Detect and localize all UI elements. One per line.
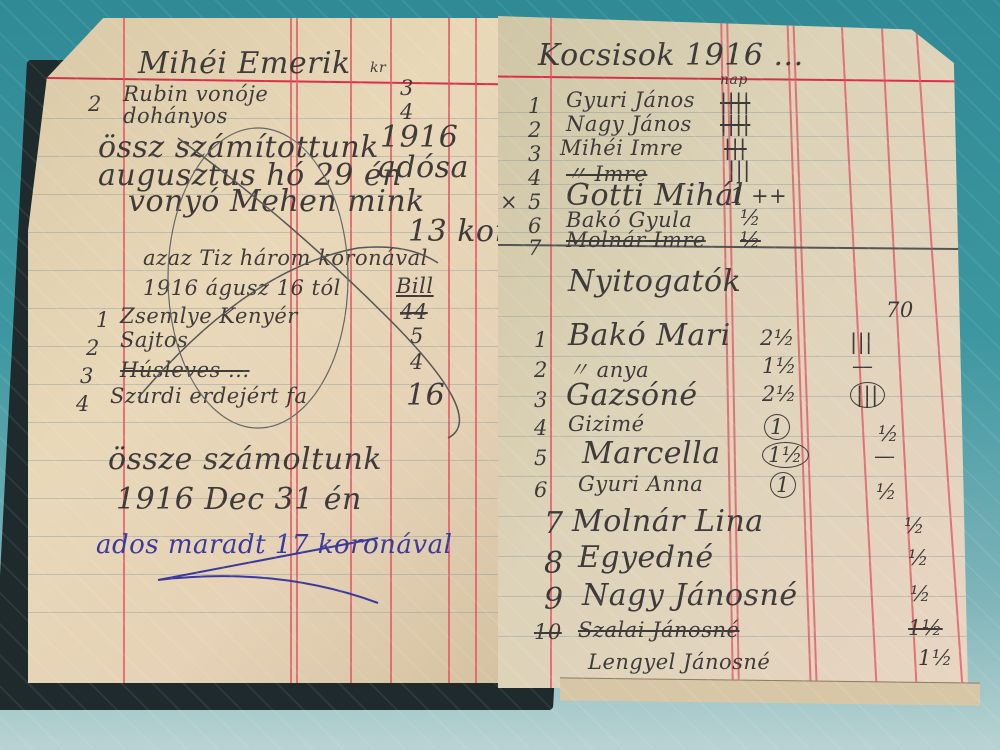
column-note: 70: [886, 298, 914, 322]
line-number: 1: [528, 94, 542, 118]
worker-name: Gazsóné: [566, 378, 698, 413]
worker-name: Lengyel Jánosné: [588, 650, 770, 674]
line-number: 1: [534, 328, 548, 352]
worker-name: Gyuri János: [566, 88, 695, 112]
right-page: Kocsisok 1916 ... nap 1 Gyuri János ||||…: [498, 16, 968, 688]
worker-name: Mihéi Imre: [560, 136, 683, 160]
x-mark: ×: [500, 190, 518, 214]
value-2: —: [874, 444, 896, 468]
line-number: 5: [528, 190, 542, 214]
cross-out-marks: [28, 18, 498, 683]
tally: 1 ++: [730, 184, 787, 208]
value-1: 1½: [762, 354, 797, 378]
value-2-circled: |||: [850, 382, 885, 408]
value-2: 1½: [918, 646, 953, 670]
line-number: 9: [544, 582, 564, 617]
column-header: nap: [720, 72, 748, 88]
page-stack-edge: [560, 677, 980, 705]
worker-name: Nagy János: [566, 112, 692, 136]
tally: ½: [740, 228, 761, 252]
worker-name: Egyedné: [578, 540, 714, 575]
value-2: ½: [908, 546, 929, 570]
value-1-circled: 1: [770, 472, 796, 498]
worker-name: Molnár Lina: [572, 504, 764, 539]
tally: ||||: [720, 112, 750, 136]
line-number: 6: [528, 214, 542, 238]
value-2: —: [852, 354, 874, 378]
tally: ||||: [720, 90, 750, 114]
worker-name: Marcella: [582, 436, 721, 471]
tally: ½: [740, 206, 761, 230]
line-number: 6: [534, 478, 548, 502]
line-number: 7: [544, 506, 564, 541]
value-1: 2½: [760, 326, 795, 350]
line-number: 3: [528, 142, 542, 166]
tally: |||: [724, 136, 747, 160]
left-page: Mihéi Emerik kr 2 Rubin vonóje 3 dohányo…: [28, 18, 498, 683]
line-number: 10: [534, 620, 562, 644]
value-1-circled: 1: [764, 414, 790, 440]
line-number: 8: [544, 546, 564, 581]
line-number: 2: [528, 118, 542, 142]
value-1-circled: 1½: [762, 442, 809, 468]
value-2: ½: [904, 514, 925, 538]
value-1: 2½: [762, 382, 797, 406]
worker-name: Gizimé: [568, 412, 645, 436]
line-number: 7: [528, 236, 542, 260]
subheading: Nyitogatók: [568, 264, 741, 299]
line-number: 4: [534, 416, 548, 440]
worker-name: Nagy Jánosné: [582, 578, 798, 613]
line-number: 5: [534, 446, 548, 470]
line-number: 2: [534, 358, 548, 382]
worker-name-struck: Szalai Jánosné: [578, 618, 739, 642]
value-2: ½: [878, 422, 899, 446]
value-2: ½: [876, 480, 897, 504]
value-2: 1½: [908, 616, 943, 640]
line-number: 3: [534, 388, 548, 412]
worker-name: Gyuri Anna: [578, 472, 703, 496]
line-number: 4: [528, 166, 542, 190]
worker-name: Molnár Imre: [566, 228, 706, 252]
right-heading: Kocsisok 1916 ...: [538, 38, 804, 73]
worker-name: Bakó Mari: [568, 318, 731, 353]
value-2: ½: [910, 582, 931, 606]
value-2: |||: [850, 330, 873, 354]
